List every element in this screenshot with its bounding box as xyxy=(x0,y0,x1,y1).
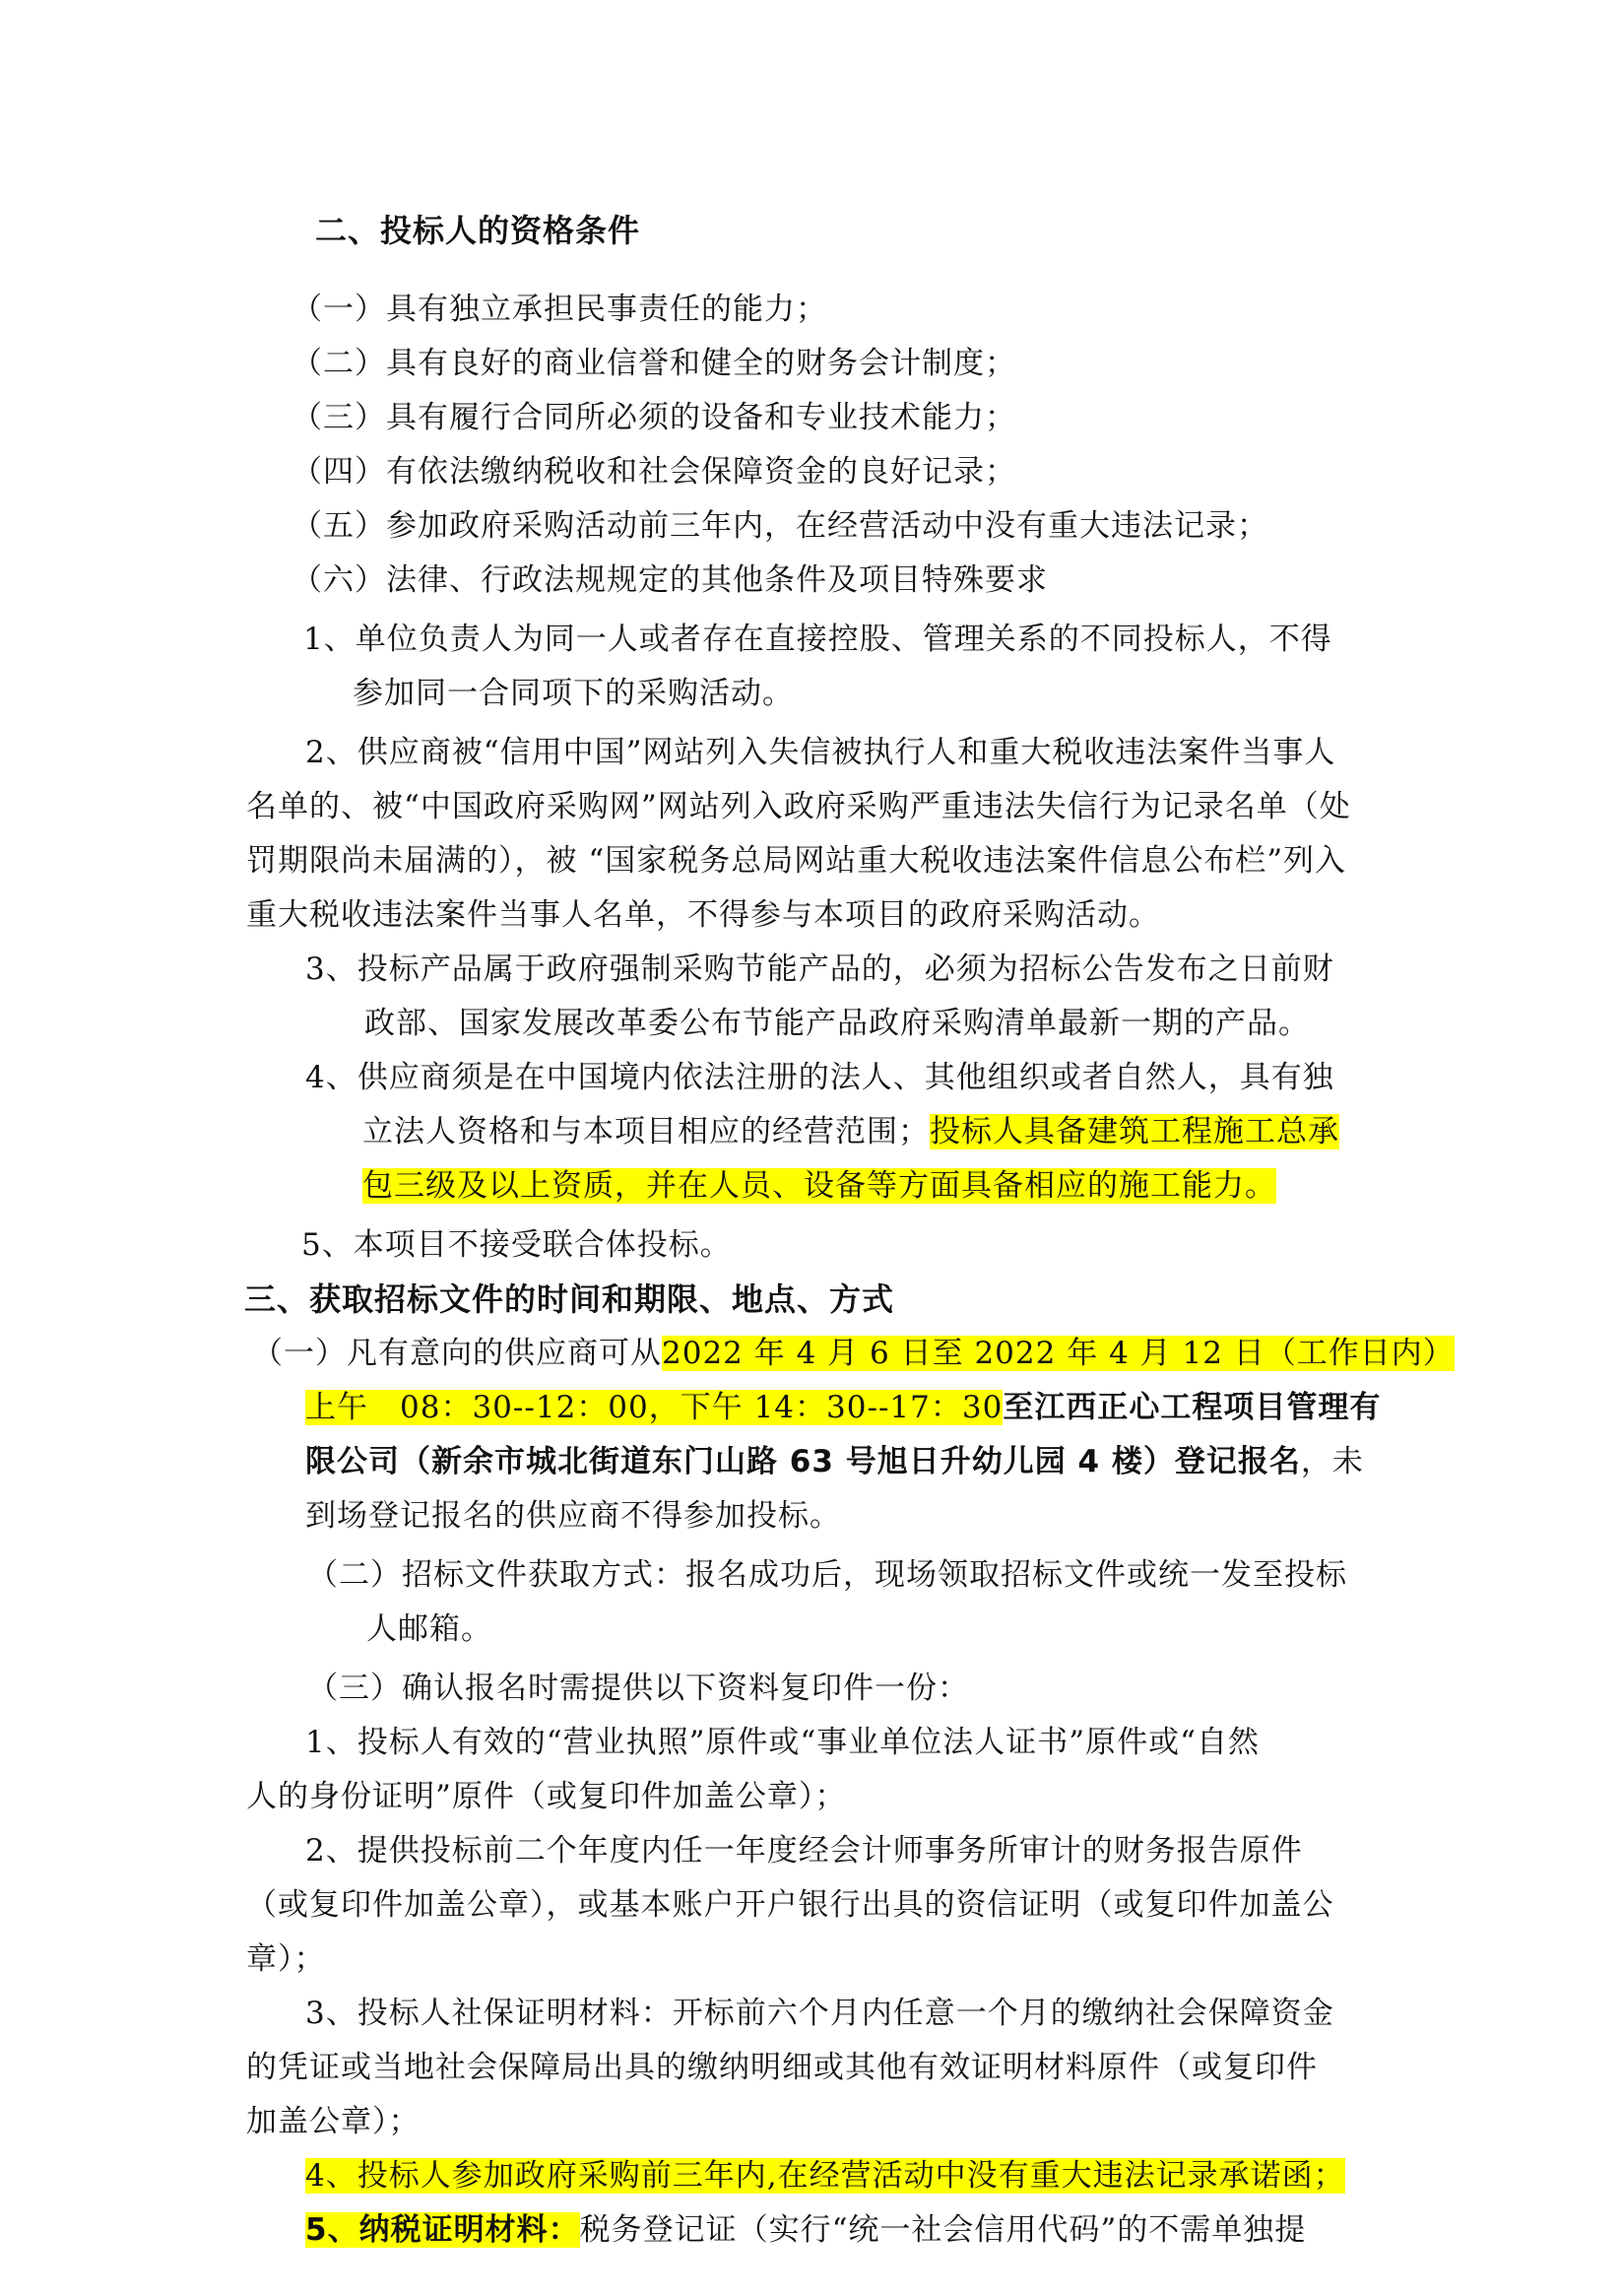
registration-hours: 上午 08：30--12：00，下午 14：30--17：30 xyxy=(305,1390,1003,1425)
material-3-line-3: 加盖公章）； xyxy=(246,2100,421,2143)
material-4-highlight: 4、投标人参加政府采购前三年内,在经营活动中没有重大违法记录承诺函； xyxy=(305,2158,1345,2194)
obtain-para-1-line-2: 上午 08：30--12：00，下午 14：30--17：30至江西正心工程项目… xyxy=(305,1386,1381,1429)
material-2-line-3: 章）； xyxy=(246,1937,326,1981)
qualification-item-5: （五）参加政府采购活动前三年内，在经营活动中没有重大违法记录； xyxy=(292,504,1268,548)
registration-address: 限公司（新余市城北街道东门山路 63 号旭日升幼儿园 4 楼）登记报名 xyxy=(305,1444,1301,1479)
requirement-2-line-2: 名单的、被“中国政府采购网”网站列入政府采购严重违法失信行为记录名单（处 xyxy=(246,785,1351,828)
obtain-para-2-line-1: （二）招标文件获取方式：报名成功后，现场领取招标文件或统一发至投标 xyxy=(307,1553,1347,1597)
requirement-3-line-2: 政部、国家发展改革委公布节能产品政府采购清单最新一期的产品。 xyxy=(364,1002,1310,1045)
material-3-line-2: 的凭证或当地社会保障局出具的缴纳明细或其他有效证明材料原件（或复印件 xyxy=(246,2046,1318,2089)
material-2-line-2: （或复印件加盖公章），或基本账户开户银行出具的资信证明（或复印件加盖公 xyxy=(246,1883,1334,1927)
obtain-para-2-line-2: 人邮箱。 xyxy=(366,1607,492,1651)
qualification-item-3: （三）具有履行合同所必须的设备和专业技术能力； xyxy=(292,396,1016,439)
requirement-2-line-1: 2、供应商被“信用中国”网站列入失信被执行人和重大税收违法案件当事人 xyxy=(305,731,1335,774)
obtain-para-1-line-3: 限公司（新余市城北街道东门山路 63 号旭日升幼儿园 4 楼）登记报名，未 xyxy=(305,1440,1364,1483)
section-heading-qualifications: 二、投标人的资格条件 xyxy=(315,209,640,252)
requirement-3-line-1: 3、投标产品属于政府强制采购节能产品的，必须为招标公告发布之日前财 xyxy=(305,948,1334,991)
material-3-line-1: 3、投标人社保证明材料：开标前六个月内任意一个月的缴纳社会保障资金 xyxy=(305,1992,1334,2035)
qualification-item-6: （六）法律、行政法规规定的其他条件及项目特殊要求 xyxy=(292,558,1048,602)
requirement-2-line-4: 重大税收违法案件当事人名单，不得参与本项目的政府采购活动。 xyxy=(246,893,1160,937)
material-1-line-2: 人的身份证明”原件（或复印件加盖公章）； xyxy=(246,1775,846,1818)
obtain-para-1-line-3-tail: ，未 xyxy=(1301,1444,1364,1479)
material-1-line-1: 1、投标人有效的“营业执照”原件或“事业单位法人证书”原件或“自然 xyxy=(305,1721,1260,1764)
qualification-item-2: （二）具有良好的商业信誉和健全的财务会计制度； xyxy=(292,342,1016,385)
requirement-4-line-2-text: 立法人资格和与本项目相应的经营范围； xyxy=(362,1114,930,1149)
material-2-line-1: 2、提供投标前二个年度内任一年度经会计师事务所审计的财务报告原件 xyxy=(305,1829,1303,1872)
requirement-2-line-3: 罚期限尚未届满的），被 “国家税务总局网站重大税收违法案件信息公布栏”列入 xyxy=(246,839,1346,883)
qualification-item-1: （一）具有独立承担民事责任的能力； xyxy=(292,288,827,331)
requirement-4-highlight-1: 投标人具备建筑工程施工总承 xyxy=(930,1114,1339,1149)
obtain-para-1-intro: （一）凡有意向的供应商可从 xyxy=(252,1336,662,1371)
obtain-para-1-line-1: （一）凡有意向的供应商可从2022 年 4 月 6 日至 2022 年 4 月 … xyxy=(252,1332,1455,1375)
registration-company: 至江西正心工程项目管理有 xyxy=(1003,1390,1381,1425)
material-5-line: 5、纳税证明材料：税务登记证（实行“统一社会信用代码”的不需单独提 xyxy=(305,2208,1306,2252)
requirement-4-line-1: 4、供应商须是在中国境内依法注册的法人、其他组织或者自然人，具有独 xyxy=(305,1056,1334,1099)
obtain-para-1-line-4: 到场登记报名的供应商不得参加投标。 xyxy=(305,1494,841,1538)
section-heading-obtain-documents: 三、获取招标文件的时间和期限、地点、方式 xyxy=(244,1278,894,1321)
requirement-4-highlight-2: 包三级及以上资质，并在人员、设备等方面具备相应的施工能力。 xyxy=(362,1168,1276,1204)
material-4-line: 4、投标人参加政府采购前三年内,在经营活动中没有重大违法记录承诺函； xyxy=(305,2154,1345,2198)
requirement-1-line-2: 参加同一合同项下的采购活动。 xyxy=(353,672,794,715)
qualification-item-4: （四）有依法缴纳税收和社会保障资金的良好记录； xyxy=(292,450,1016,493)
requirement-1-line-1: 1、单位负责人为同一人或者存在直接控股、管理关系的不同投标人，不得 xyxy=(303,618,1332,661)
requirement-4-line-2: 立法人资格和与本项目相应的经营范围；投标人具备建筑工程施工总承 xyxy=(362,1110,1339,1153)
material-5-highlight: 5、纳税证明材料： xyxy=(305,2212,580,2248)
requirement-4-line-3: 包三级及以上资质，并在人员、设备等方面具备相应的施工能力。 xyxy=(362,1164,1276,1208)
requirement-5: 5、本项目不接受联合体投标。 xyxy=(301,1223,732,1267)
document-page: 二、投标人的资格条件 （一）具有独立承担民事责任的能力； （二）具有良好的商业信… xyxy=(0,0,1621,2296)
material-5-text: 税务登记证（实行“统一社会信用代码”的不需单独提 xyxy=(580,2212,1307,2248)
obtain-para-3: （三）确认报名时需提供以下资料复印件一份： xyxy=(307,1667,969,1710)
registration-date-range: 2022 年 4 月 6 日至 2022 年 4 月 12 日（工作日内） xyxy=(662,1336,1455,1371)
